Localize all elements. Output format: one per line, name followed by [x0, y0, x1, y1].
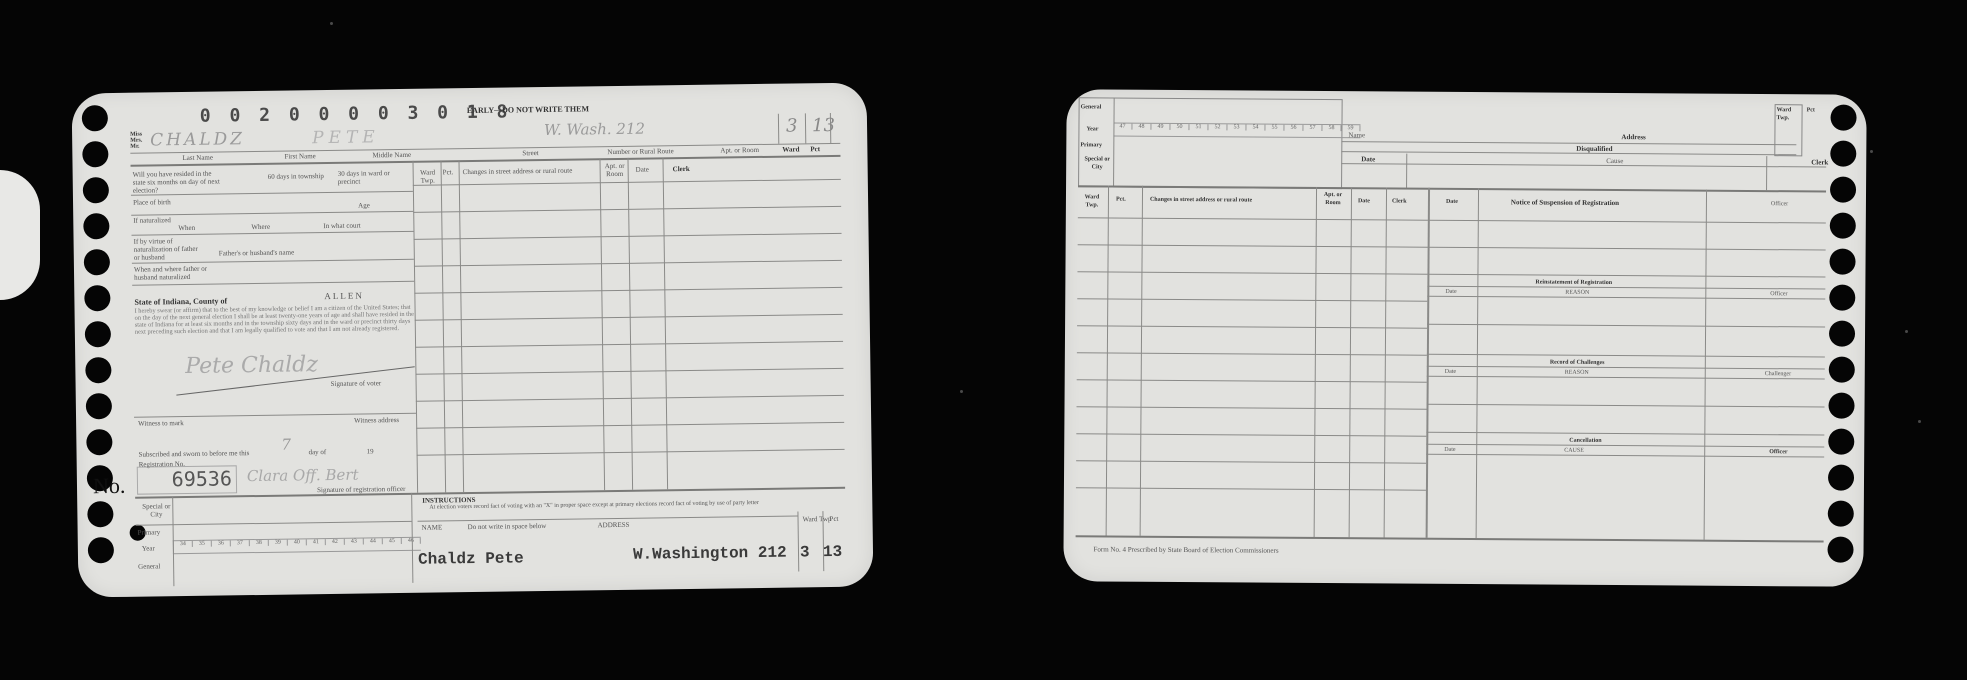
punch-hole [88, 537, 114, 563]
no-symbol: No. [93, 473, 126, 499]
punch-hole [84, 249, 110, 275]
grid-label-general: General [138, 562, 160, 570]
first-name-label: First Name [284, 152, 315, 160]
day-of-label: day of [308, 448, 326, 456]
punch-hole [1830, 213, 1856, 239]
back-address-label: Address [1621, 133, 1645, 141]
punch-hole [86, 429, 112, 455]
year-cell: 45 [383, 538, 402, 544]
what-court-label: In what court [323, 222, 360, 231]
year-cell: 53 [1227, 124, 1246, 130]
witness-mark-label: Witness to mark [138, 419, 184, 428]
reinstatement-reason-label: REASON [1565, 289, 1589, 297]
film-speck [330, 22, 333, 25]
punch-hole [84, 285, 110, 311]
back-voting-grid [1078, 97, 1343, 189]
changes-header-clerk: Clerk [673, 165, 690, 173]
punch-hole [83, 213, 109, 239]
film-speck [1905, 330, 1908, 333]
punch-hole [85, 321, 111, 347]
typed-ward: 3 [800, 543, 810, 561]
punch-hole [82, 141, 108, 167]
ward-value: 3 [786, 115, 798, 136]
changes-header-pct: Pct. [443, 168, 454, 176]
year-cell: 44 [364, 538, 383, 544]
first-name-value: PETE [312, 127, 380, 148]
disqualified-date-label: Date [1361, 155, 1375, 163]
ward-label: Ward [782, 145, 799, 153]
suspension-date-label: Date [1446, 198, 1458, 206]
year-cell: 43 [345, 539, 364, 545]
number-rural-label: Number or Rural Route [607, 147, 673, 156]
film-speck [1918, 420, 1921, 423]
challenges-date-label: Date [1445, 368, 1456, 376]
oath-text: I hereby swear (or affirm) that to the b… [135, 304, 415, 336]
signature-voter-label: Signature of voter [331, 379, 382, 388]
typed-address: W.Washington 212 [633, 544, 787, 564]
back-grid-general: General [1081, 103, 1102, 111]
punch-hole [83, 177, 109, 203]
apt-room-label: Apt. or Room [720, 146, 759, 155]
challenges-challenger-label: Challenger [1765, 370, 1791, 378]
back-pct-label: Pct [1807, 106, 1815, 114]
punch-hole [1827, 537, 1853, 563]
state-county-label: State of Indiana, County of [134, 297, 227, 306]
place-of-birth-label: Place of birth [133, 198, 173, 207]
cancellation-title: Cancellation [1569, 437, 1601, 445]
where-label: Where [251, 223, 270, 231]
year-cell: 57 [1303, 125, 1322, 131]
year-cell: 48 [1132, 124, 1151, 130]
back-changes-clerk: Clerk [1392, 197, 1407, 205]
father-husband-label: If by virtue of naturalization of father… [134, 237, 204, 262]
when-label: When [178, 224, 195, 232]
grid-label-primary: Primary [138, 528, 161, 536]
year-cell: 41 [307, 539, 326, 545]
punch-hole [1828, 429, 1854, 455]
cancellation-date-label: Date [1444, 446, 1455, 454]
year-cell: 47 [1113, 124, 1132, 130]
back-ward-twp-label: Ward Twp. [1777, 106, 1799, 122]
if-naturalized-label: If naturalized [133, 216, 183, 225]
county-value: ALLEN [324, 292, 364, 301]
serial-number: 0 0 2 0 0 0 0 3 0 1 8 [200, 101, 512, 126]
back-changes-date: Date [1358, 197, 1370, 205]
back-grid-primary: Primary [1080, 141, 1102, 149]
title-mr: Mr. [130, 143, 139, 151]
typed-pct: 13 [823, 543, 842, 561]
punch-hole [82, 105, 108, 131]
punch-hole [86, 393, 112, 419]
voter-signature: Pete Chaldz [185, 352, 318, 379]
punch-hole [1828, 393, 1854, 419]
year-cell: 37 [231, 540, 250, 546]
father-name-label: Father's or husband's name [219, 248, 295, 257]
back-grid-year: Year [1086, 125, 1098, 133]
year-cell: 36 [212, 540, 231, 546]
last-name-value: CHALDZ [150, 129, 245, 150]
year-cell: 52 [1208, 124, 1227, 130]
header-notice: EARLY—DO NOT WRITE THEM [467, 105, 589, 115]
disqualified-label: Disqualified [1576, 145, 1612, 153]
year-cell: 56 [1284, 125, 1303, 131]
grid-label-special: Special or City [141, 502, 171, 518]
year-suffix: 19 [366, 447, 373, 455]
back-changes-address: Changes in street address or rural route [1150, 196, 1252, 205]
street-value: W. Wash. 212 [544, 120, 645, 139]
back-changes-ward: Ward Twp. [1080, 193, 1104, 209]
film-speck [960, 390, 963, 393]
typed-name: Chaldz Pete [418, 549, 524, 568]
year-cell: 58 [1322, 125, 1341, 131]
year-cell: 55 [1265, 125, 1284, 131]
year-cell: 42 [326, 539, 345, 545]
punch-hole [1830, 105, 1856, 131]
days-township-label: 60 days in township [268, 172, 328, 181]
bottom-ward-twp-label: Ward Twp [802, 515, 831, 523]
punch-hole [1830, 177, 1856, 203]
reinstatement-date-label: Date [1445, 288, 1456, 296]
bottom-name-label: NAME [422, 523, 443, 531]
year-cell: 38 [250, 540, 269, 546]
punch-hole [1829, 357, 1855, 383]
punch-hole [87, 501, 113, 527]
punch-hole [1830, 141, 1856, 167]
instructions-text: At election voters record fact of voting… [429, 499, 839, 512]
back-changes-pct: Pct. [1116, 196, 1126, 204]
disqualified-clerk-label: Clerk [1811, 158, 1828, 166]
bottom-address-label: ADDRESS [598, 521, 630, 529]
year-cell: 49 [1151, 124, 1170, 130]
film-speck [1870, 150, 1873, 153]
suspension-title: Notice of Suspension of Registration [1511, 198, 1619, 207]
year-row: 34353637383940414243444546 [173, 537, 421, 554]
cancellation-cause-label: CAUSE [1564, 447, 1584, 455]
changes-header-apt: Apt. or Room [603, 162, 627, 178]
year-cell: 51 [1189, 124, 1208, 130]
form-footer: Form No. 4 Prescribed by State Board of … [1093, 545, 1278, 554]
year-cell: 54 [1246, 124, 1265, 130]
changes-header-date: Date [636, 166, 649, 174]
cancellation-officer-label: Officer [1769, 448, 1787, 456]
year-cell: 35 [193, 541, 212, 547]
residence-question: Will you have resided in the state six m… [133, 169, 223, 194]
punch-hole [1829, 321, 1855, 347]
disqualified-cause-label: Cause [1606, 157, 1623, 165]
year-cell: 40 [288, 539, 307, 545]
back-changes-apt: Apt. or Room [1320, 191, 1346, 207]
do-not-write-label: Do not write in space below [468, 522, 547, 531]
registration-card-front: 0 0 2 0 0 0 0 3 0 1 8 EARLY—DO NOT WRITE… [72, 82, 874, 597]
age-label: Age [358, 201, 370, 209]
challenges-reason-label: REASON [1565, 369, 1589, 377]
reinstatement-officer-label: Officer [1770, 290, 1787, 298]
changes-header-ward: Ward Twp. [417, 168, 439, 184]
pct-value: 13 [812, 115, 835, 136]
year-cell: 50 [1170, 124, 1189, 130]
days-ward-label: 30 days in ward or precinct [338, 169, 398, 186]
year-cell: 39 [269, 540, 288, 546]
witness-address-label: Witness address [354, 416, 399, 425]
subscribed-day: 7 [281, 436, 291, 454]
when-where-father-label: When and where father or husband natural… [134, 265, 214, 282]
middle-name-label: Middle Name [372, 151, 411, 160]
grid-label-year: Year [142, 544, 155, 552]
suspension-officer-label: Officer [1771, 200, 1788, 208]
registration-card-back: General Year Primary Special or City 474… [1063, 89, 1866, 587]
registration-officer-signature: Clara Off. Bert [247, 466, 359, 486]
back-name-label: Name [1348, 131, 1365, 139]
subscribed-label: Subscribed and sworn to before me this [139, 449, 250, 459]
street-label: Street [522, 149, 538, 157]
pct-label: Pct [810, 145, 820, 153]
registration-number: 69536 [137, 465, 237, 494]
last-name-label: Last Name [182, 154, 213, 162]
adjacent-card-edge [0, 170, 40, 300]
back-grid-special: Special or City [1082, 155, 1112, 171]
year-cell: 34 [174, 541, 193, 547]
punch-hole [1829, 285, 1855, 311]
back-year-row: 47484950515253545556575859 [1113, 123, 1360, 139]
punch-hole [1828, 465, 1854, 491]
punch-hole [1828, 501, 1854, 527]
changes-header-address: Changes in street address or rural route [463, 167, 573, 177]
punch-hole [1829, 249, 1855, 275]
bottom-pct-label: Pct [829, 515, 838, 523]
punch-hole [85, 357, 111, 383]
